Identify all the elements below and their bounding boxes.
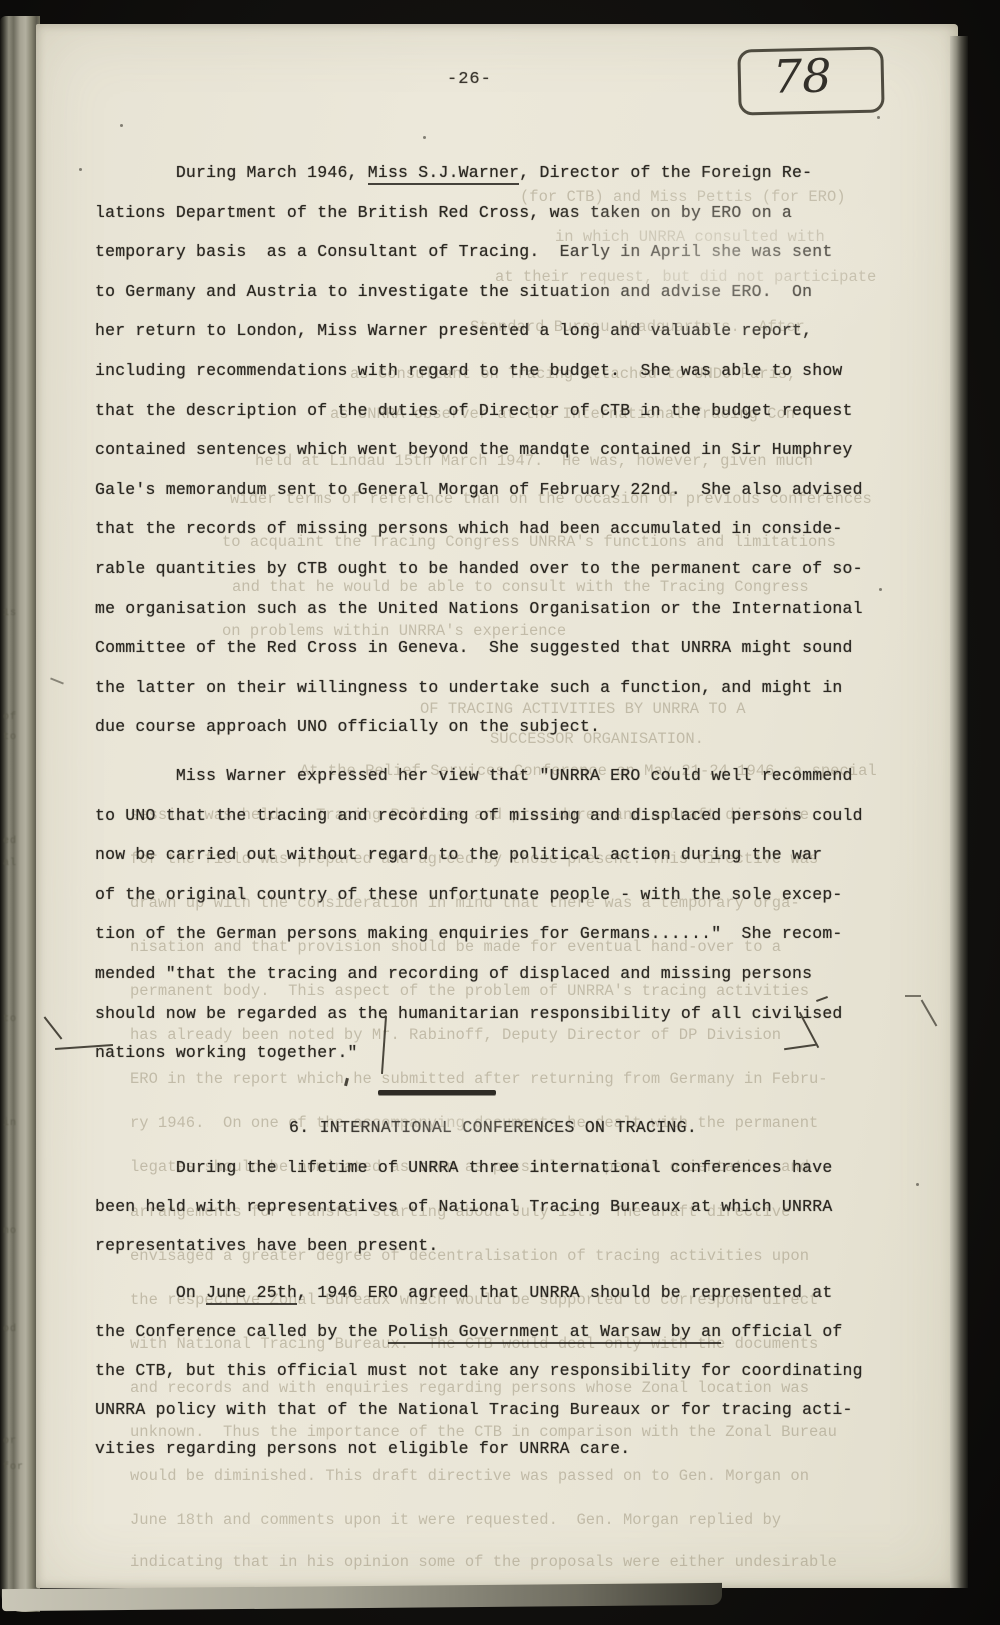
- right-margin-tick-mark: [816, 996, 828, 1002]
- ink-speck: [120, 124, 123, 127]
- pen-apostrophe-mark: [344, 1078, 349, 1086]
- ink-speck: [916, 1183, 919, 1186]
- ink-speck: [877, 116, 880, 119]
- ink-speck: [879, 588, 882, 591]
- ink-speck: [79, 168, 82, 171]
- far-right-diagonal-mark: [921, 1000, 938, 1027]
- left-margin-dash-mark: [55, 1044, 113, 1050]
- left-mid-tick-mark: [50, 677, 64, 684]
- right-margin-dash-mark: [784, 1044, 816, 1050]
- book-scan-photo: 1softoedaltoinnoodorfor (for CTB) and Mi…: [0, 0, 1000, 1625]
- annotation-marks-layer: [0, 0, 1000, 1625]
- ink-speck: [423, 136, 426, 139]
- pen-vertical-stroke: [381, 1016, 387, 1074]
- left-margin-backslash-mark: [44, 1016, 63, 1039]
- right-margin-diagonal-mark: [799, 1012, 820, 1048]
- far-right-dash-mark: [905, 995, 921, 997]
